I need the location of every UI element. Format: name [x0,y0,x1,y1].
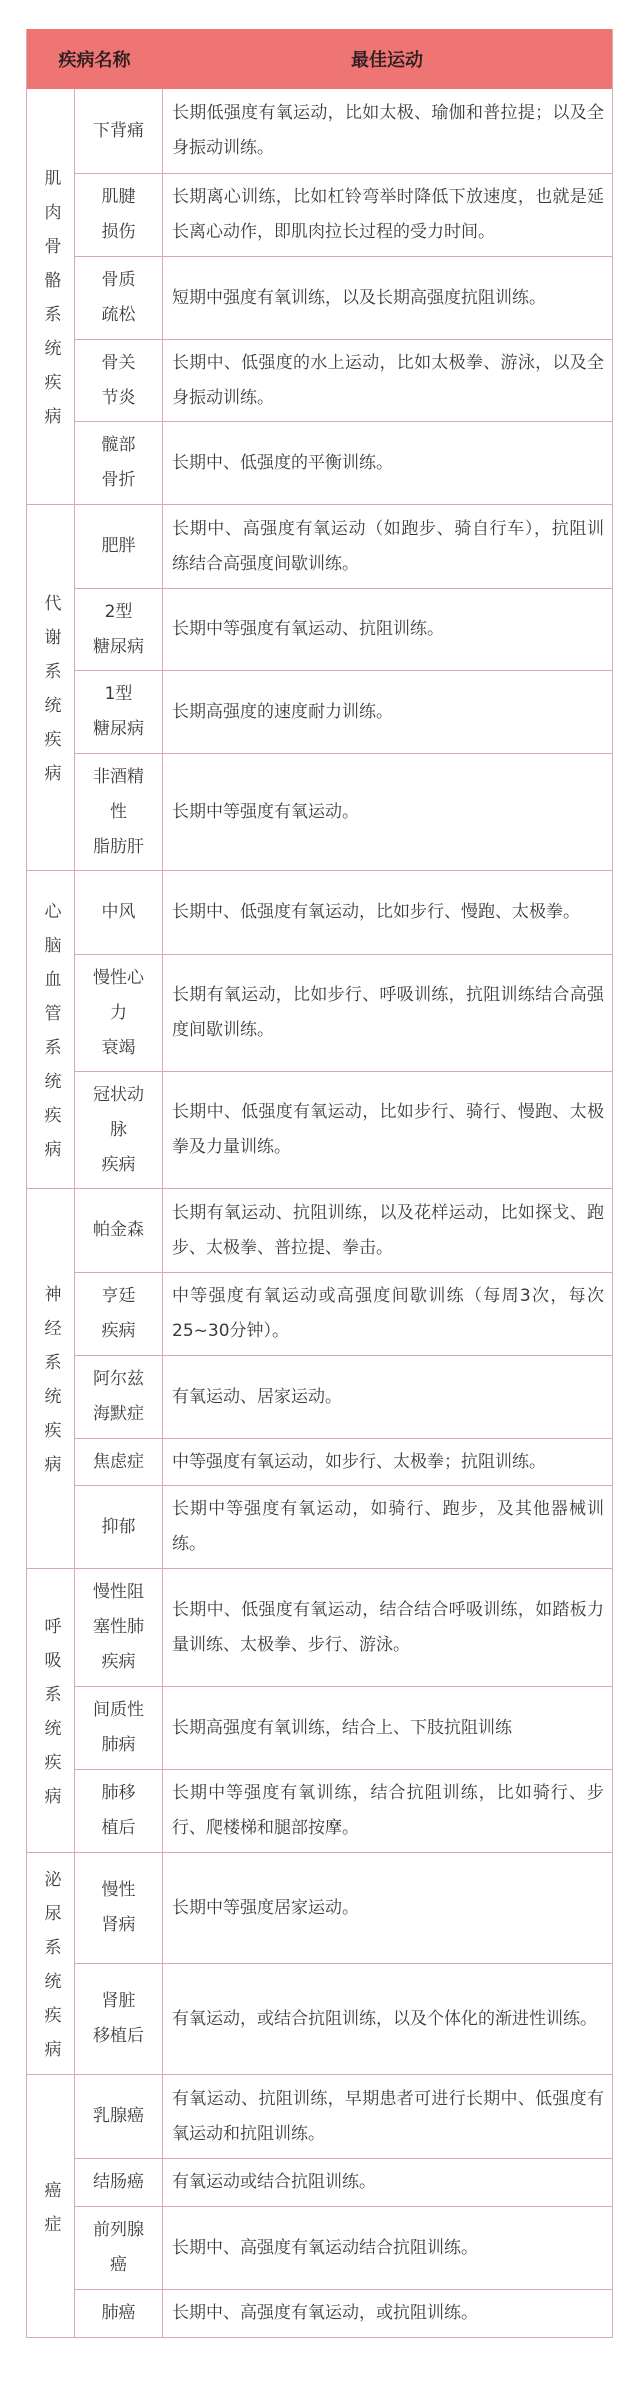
table-row: 下背痛长期低强度有氧运动，比如太极、瑜伽和普拉提；以及全身振动训练。 [75,89,612,173]
disease-name: 抑郁 [75,1486,163,1568]
disease-name: 下背痛 [75,89,163,173]
best-exercise: 长期中、高强度有氧运动，或抗阻训练。 [163,2290,612,2337]
best-exercise: 长期中、低强度的平衡训练。 [163,422,612,504]
header-best-exercise: 最佳运动 [162,29,612,89]
best-exercise: 长期中、低强度有氧运动，比如步行、骑行、慢跑、太极拳及力量训练。 [163,1072,612,1188]
disease-name: 中风 [75,871,163,954]
best-exercise: 长期中等强度居家运动。 [163,1853,612,1963]
group-label: 心脑血管系统疾病 [42,902,60,1174]
disease-name: 焦虑症 [75,1439,163,1485]
disease-group: 心脑血管系统疾病中风长期中、低强度有氧运动，比如步行、慢跑、太极拳。慢性心 力 … [27,870,612,1188]
disease-name: 慢性 肾病 [75,1853,163,1963]
best-exercise: 长期中等强度有氧运动。 [163,754,612,870]
table-row: 焦虑症中等强度有氧运动，如步行、太极拳；抗阻训练。 [75,1438,612,1485]
best-exercise: 有氧运动、抗阻训练，早期患者可进行长期中、低强度有氧运动和抗阻训练。 [163,2075,612,2158]
group-label-cell: 神经系统疾病 [27,1189,75,1568]
table-body: 肌肉骨骼系统疾病下背痛长期低强度有氧运动，比如太极、瑜伽和普拉提；以及全身振动训… [27,89,612,2337]
disease-name: 乳腺癌 [75,2075,163,2158]
table-row: 2型 糖尿病长期中等强度有氧运动、抗阻训练。 [75,588,612,670]
disease-name: 结肠癌 [75,2159,163,2206]
disease-name: 肾脏 移植后 [75,1964,163,2074]
group-label-cell: 心脑血管系统疾病 [27,871,75,1188]
disease-name: 2型 糖尿病 [75,589,163,670]
table-row: 肥胖长期中、高强度有氧运动（如跑步、骑自行车），抗阻训练结合高强度间歇训练。 [75,505,612,588]
disease-name: 阿尔兹 海默症 [75,1356,163,1438]
disease-name: 慢性心 力 衰竭 [75,955,163,1071]
group-label: 癌症 [42,2181,60,2249]
disease-name: 肥胖 [75,505,163,588]
best-exercise: 长期中等强度有氧训练，结合抗阻训练，比如骑行、步行、爬楼梯和腿部按摩。 [163,1770,612,1852]
group-label-cell: 癌症 [27,2075,75,2337]
disease-name: 骨质 疏松 [75,257,163,339]
table-row: 慢性 肾病长期中等强度居家运动。 [75,1853,612,1963]
table-row: 冠状动 脉 疾病长期中、低强度有氧运动，比如步行、骑行、慢跑、太极拳及力量训练。 [75,1071,612,1188]
table-row: 中风长期中、低强度有氧运动，比如步行、慢跑、太极拳。 [75,871,612,954]
table-row: 抑郁长期中等强度有氧运动，如骑行、跑步，及其他器械训练。 [75,1485,612,1568]
table-row: 前列腺 癌长期中、高强度有氧运动结合抗阻训练。 [75,2206,612,2289]
disease-name: 肺癌 [75,2290,163,2337]
disease-name: 骨关 节炎 [75,340,163,421]
disease-name: 冠状动 脉 疾病 [75,1072,163,1188]
disease-name: 慢性阻 塞性肺 疾病 [75,1569,163,1686]
table-row: 慢性阻 塞性肺 疾病长期中、低强度有氧运动，结合结合呼吸训练，如踏板力量训练、太… [75,1569,612,1686]
best-exercise: 长期有氧运动、抗阻训练，以及花样运动，比如探戈、跑步、太极拳、普拉提、拳击。 [163,1189,612,1272]
disease-name: 肌腱 损伤 [75,174,163,256]
best-exercise: 长期离心训练，比如杠铃弯举时降低下放速度，也就是延长离心动作，即肌肉拉长过程的受… [163,174,612,256]
group-label: 代谢系统疾病 [42,594,60,798]
best-exercise: 长期中、高强度有氧运动结合抗阻训练。 [163,2207,612,2289]
group-label: 神经系统疾病 [42,1285,60,1489]
disease-name: 亨廷 疾病 [75,1273,163,1355]
group-label-cell: 肌肉骨骼系统疾病 [27,89,75,504]
best-exercise: 有氧运动，或结合抗阻训练，以及个体化的渐进性训练。 [163,1964,612,2074]
table-row: 骨质 疏松短期中强度有氧训练，以及长期高强度抗阻训练。 [75,256,612,339]
best-exercise: 长期高强度有氧训练，结合上、下肢抗阻训练 [163,1687,612,1769]
best-exercise: 中等强度有氧运动或高强度间歇训练（每周3次，每次25~30分钟）。 [163,1273,612,1355]
group-label-cell: 呼吸系统疾病 [27,1569,75,1852]
table-row: 间质性 肺病长期高强度有氧训练，结合上、下肢抗阻训练 [75,1686,612,1769]
disease-group: 呼吸系统疾病慢性阻 塞性肺 疾病长期中、低强度有氧运动，结合结合呼吸训练，如踏板… [27,1568,612,1852]
best-exercise: 短期中强度有氧训练，以及长期高强度抗阻训练。 [163,257,612,339]
table-row: 慢性心 力 衰竭长期有氧运动，比如步行、呼吸训练，抗阻训练结合高强度间歇训练。 [75,954,612,1071]
disease-exercise-table: 疾病名称 最佳运动 肌肉骨骼系统疾病下背痛长期低强度有氧运动，比如太极、瑜伽和普… [26,29,613,2338]
disease-group: 代谢系统疾病肥胖长期中、高强度有氧运动（如跑步、骑自行车），抗阻训练结合高强度间… [27,504,612,870]
table-header: 疾病名称 最佳运动 [27,29,612,89]
table-row: 阿尔兹 海默症有氧运动、居家运动。 [75,1355,612,1438]
disease-group: 癌症乳腺癌有氧运动、抗阻训练，早期患者可进行长期中、低强度有氧运动和抗阻训练。结… [27,2074,612,2337]
table-row: 肌腱 损伤长期离心训练，比如杠铃弯举时降低下放速度，也就是延长离心动作，即肌肉拉… [75,173,612,256]
best-exercise: 长期中、低强度的水上运动，比如太极拳、游泳，以及全身振动训练。 [163,340,612,421]
group-label: 呼吸系统疾病 [42,1617,60,1821]
disease-group: 神经系统疾病帕金森长期有氧运动、抗阻训练，以及花样运动，比如探戈、跑步、太极拳、… [27,1188,612,1568]
best-exercise: 有氧运动、居家运动。 [163,1356,612,1438]
disease-name: 1型 糖尿病 [75,671,163,753]
disease-name: 前列腺 癌 [75,2207,163,2289]
best-exercise: 长期中、低强度有氧运动，结合结合呼吸训练，如踏板力量训练、太极拳、步行、游泳。 [163,1569,612,1686]
table-row: 结肠癌有氧运动或结合抗阻训练。 [75,2158,612,2206]
best-exercise: 中等强度有氧运动，如步行、太极拳；抗阻训练。 [163,1439,612,1485]
header-disease-name: 疾病名称 [27,29,162,89]
table-row: 1型 糖尿病长期高强度的速度耐力训练。 [75,670,612,753]
group-label-cell: 泌尿系统疾病 [27,1853,75,2074]
disease-group: 肌肉骨骼系统疾病下背痛长期低强度有氧运动，比如太极、瑜伽和普拉提；以及全身振动训… [27,89,612,504]
group-label-cell: 代谢系统疾病 [27,505,75,870]
group-label: 泌尿系统疾病 [42,1870,60,2074]
disease-name: 间质性 肺病 [75,1687,163,1769]
table-row: 骨关 节炎长期中、低强度的水上运动，比如太极拳、游泳，以及全身振动训练。 [75,339,612,421]
best-exercise: 长期低强度有氧运动，比如太极、瑜伽和普拉提；以及全身振动训练。 [163,89,612,173]
disease-name: 肺移 植后 [75,1770,163,1852]
disease-name: 髋部 骨折 [75,422,163,504]
best-exercise: 长期高强度的速度耐力训练。 [163,671,612,753]
best-exercise: 长期中等强度有氧运动，如骑行、跑步，及其他器械训练。 [163,1486,612,1568]
table-row: 帕金森长期有氧运动、抗阻训练，以及花样运动，比如探戈、跑步、太极拳、普拉提、拳击… [75,1189,612,1272]
best-exercise: 长期中等强度有氧运动、抗阻训练。 [163,589,612,670]
table-row: 非酒精 性 脂肪肝长期中等强度有氧运动。 [75,753,612,870]
best-exercise: 长期中、高强度有氧运动（如跑步、骑自行车），抗阻训练结合高强度间歇训练。 [163,505,612,588]
best-exercise: 长期中、低强度有氧运动，比如步行、慢跑、太极拳。 [163,871,612,954]
best-exercise: 长期有氧运动，比如步行、呼吸训练，抗阻训练结合高强度间歇训练。 [163,955,612,1071]
table-row: 乳腺癌有氧运动、抗阻训练，早期患者可进行长期中、低强度有氧运动和抗阻训练。 [75,2075,612,2158]
table-row: 肾脏 移植后有氧运动，或结合抗阻训练，以及个体化的渐进性训练。 [75,1963,612,2074]
best-exercise: 有氧运动或结合抗阻训练。 [163,2159,612,2206]
disease-name: 帕金森 [75,1189,163,1272]
table-row: 肺癌长期中、高强度有氧运动，或抗阻训练。 [75,2289,612,2337]
disease-name: 非酒精 性 脂肪肝 [75,754,163,870]
table-row: 肺移 植后长期中等强度有氧训练，结合抗阻训练，比如骑行、步行、爬楼梯和腿部按摩。 [75,1769,612,1852]
table-row: 髋部 骨折长期中、低强度的平衡训练。 [75,421,612,504]
group-label: 肌肉骨骼系统疾病 [42,169,60,441]
disease-group: 泌尿系统疾病慢性 肾病长期中等强度居家运动。肾脏 移植后有氧运动，或结合抗阻训练… [27,1852,612,2074]
table-row: 亨廷 疾病中等强度有氧运动或高强度间歇训练（每周3次，每次25~30分钟）。 [75,1272,612,1355]
